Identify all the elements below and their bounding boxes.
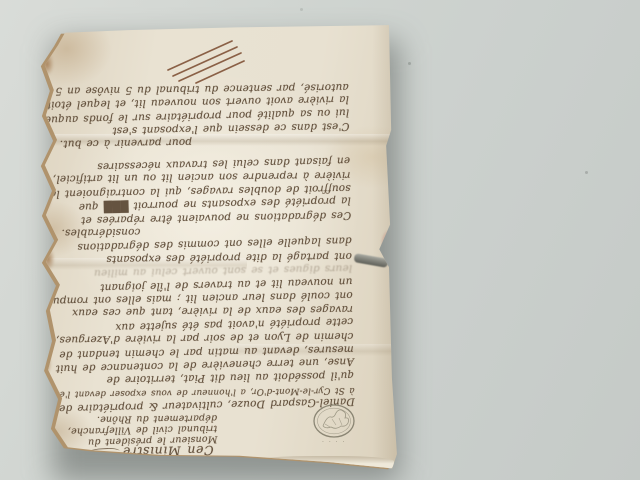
oval-ink-stamp-icon: · · · · bbox=[310, 400, 360, 456]
table-surface: Cen Ministre Monsieur le président du tr… bbox=[0, 0, 640, 480]
surface-speck bbox=[408, 62, 411, 65]
surface-speck bbox=[300, 8, 303, 11]
stamp-caption: · · · · bbox=[322, 439, 346, 446]
manuscript-paper: Cen Ministre Monsieur le président du tr… bbox=[38, 22, 398, 472]
surface-speck bbox=[585, 171, 588, 174]
